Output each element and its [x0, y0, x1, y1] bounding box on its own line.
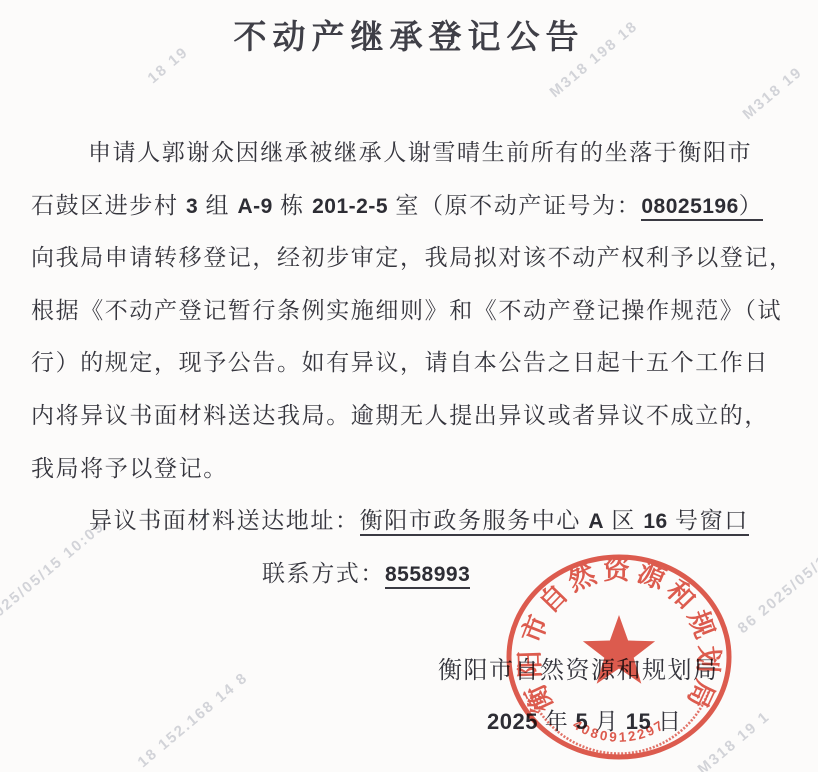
svg-text:4080912297: 4080912297 [570, 717, 667, 745]
window-number: 16 [643, 510, 667, 533]
room-number: 201-2-5 [312, 195, 388, 218]
doc-title: 不动产继承登记公告 [0, 11, 818, 58]
building-number: A-9 [237, 195, 272, 218]
official-seal: 衡阳市自然资源和规划局 4080912297 [505, 553, 733, 761]
watermark-fragment: 18 152.168 14 8 [135, 669, 252, 771]
body-line-1: 申请人郭谢众因继承被继承人谢雪晴生前所有的坐落于衡阳市 [31, 127, 793, 180]
seal-graphic: 衡阳市自然资源和规划局 4080912297 [505, 553, 733, 761]
scanned-notice-document: 18 19 M318 198 18 M318 19 2025/05/15 10:… [0, 0, 818, 772]
seal-star-icon [583, 615, 655, 684]
watermark-fragment: M318 19 [740, 63, 806, 123]
body-line-7: 我局将予以登记。 [31, 443, 793, 496]
contact-phone: 8558993 [385, 563, 470, 589]
zone-letter: A [588, 510, 604, 533]
body-line-4: 根据《不动产登记暂行条例实施细则》和《不动产登记操作规范》（试 [31, 285, 793, 338]
contact-label: 联系方式： [262, 561, 385, 586]
address-value: 衡阳市政务服务中心 A 区 16 号窗口 [360, 508, 749, 536]
certificate-number: 08025196 [641, 195, 738, 218]
body-line-3: 向我局申请转移登记，经初步审定，我局拟对该不动产权利予以登记， [31, 232, 793, 285]
group-number: 3 [186, 195, 198, 218]
body-line-5: 行）的规定，现予公告。如有异议，请自本公告之日起十五个工作日 [31, 337, 793, 390]
doc-body: 申请人郭谢众因继承被继承人谢雪晴生前所有的坐落于衡阳市 石鼓区进步村 3 组 A… [31, 127, 793, 600]
seal-code: 4080912297 [570, 717, 667, 745]
body-line-6: 内将异议书面材料送达我局。逾期无人提出异议或者异议不成立的， [31, 390, 793, 443]
objection-address-line: 异议书面材料送达地址：衡阳市政务服务中心 A 区 16 号窗口 [31, 495, 793, 548]
address-label: 异议书面材料送达地址： [89, 508, 360, 533]
body-line-2: 石鼓区进步村 3 组 A-9 栋 201-2-5 室（原不动产证号为：08025… [31, 180, 793, 233]
property-location-text: 石鼓区进步村 [31, 193, 186, 218]
